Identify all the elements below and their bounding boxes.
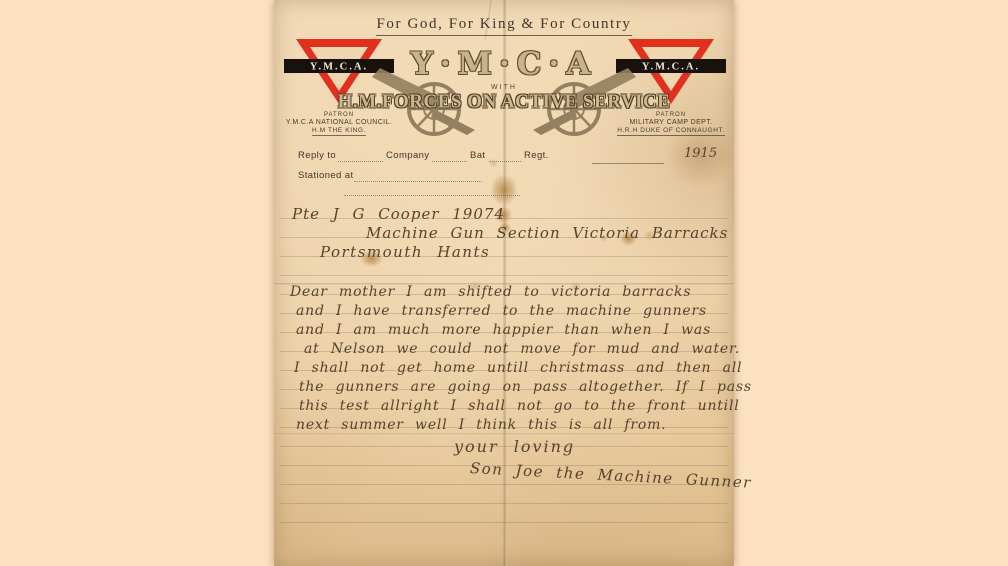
regt-label: Regt.: [524, 150, 549, 161]
address-line: Pte J G Cooper 19074: [292, 205, 505, 223]
closing-line: your loving: [454, 437, 575, 456]
body-line: at Nelson we could not move for mud and …: [304, 340, 730, 359]
date-field-line: [592, 162, 664, 164]
year-value: 1915: [684, 146, 717, 161]
stain-blob: [490, 174, 518, 206]
body-line: the gunners are going on pass altogether…: [299, 378, 730, 397]
company-field-line: [432, 160, 467, 162]
reply-to-field-line: [338, 160, 383, 162]
body-line: I shall not get home untill christmass a…: [294, 359, 730, 378]
address-line: Machine Gun Section Victoria Barracks: [366, 224, 728, 242]
page-background: { "colors": { "page_background": "#fce2c…: [0, 0, 1008, 566]
bat-field-line: [489, 160, 521, 162]
bat-label: Bat: [470, 150, 485, 161]
org-name: Y·M·C·A: [274, 46, 734, 82]
extra-field-line: [344, 194, 520, 196]
address-line: Portsmouth Hants: [320, 243, 490, 261]
company-label: Company: [386, 150, 429, 161]
body-line: next summer well I think this is all fro…: [296, 416, 730, 435]
motto-text: For God, For King & For Country: [376, 16, 631, 36]
motto: For God, For King & For Country: [274, 16, 734, 36]
body-line: this test allright I shall not go to the…: [299, 397, 730, 416]
stationed-at-label: Stationed at: [298, 170, 354, 181]
service-line: H.M.FORCES ON ACTIVE SERVICE: [274, 90, 734, 114]
reply-to-label: Reply to: [298, 150, 336, 161]
body-line: and I am much more happier than when I w…: [296, 321, 730, 340]
body-line: Dear mother I am shifted to victoria bar…: [290, 283, 730, 302]
body-line: and I have transferred to the machine gu…: [296, 302, 730, 321]
letter-body: Dear mother I am shifted to victoria bar…: [290, 283, 730, 435]
stationed-at-field-line: [354, 180, 482, 182]
letter-paper: For God, For King & For Country Y.M.C.A.…: [274, 0, 734, 566]
